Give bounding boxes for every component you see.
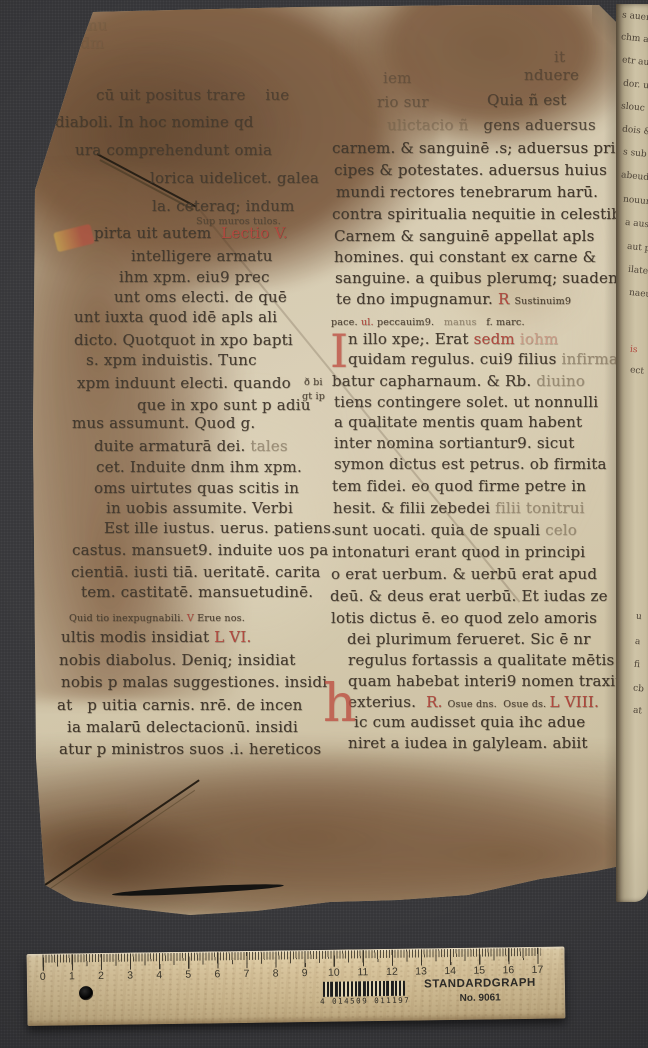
text-run: exterius. — [348, 693, 426, 711]
text-run: sedm — [474, 330, 520, 348]
text-run: dm — [80, 34, 104, 52]
text-line-left: diaboli. In hoc nomine qd — [55, 113, 254, 131]
text-run: V — [187, 613, 197, 624]
text-line-right: n illo xpe;. Erat sedm iohm — [348, 330, 558, 348]
text-line-right: it — [554, 48, 565, 66]
gloss-line: gt ip — [302, 385, 325, 406]
text-line-right: regulus fortassis a qualitate mētis — [348, 651, 614, 669]
text-run: castus. mansuet9. induite uos pa — [72, 541, 328, 559]
fore-edge-fragment: s sub u — [623, 147, 648, 160]
text-run: o erat uerbum. & uerbū erat apud — [331, 565, 597, 583]
text-line-right: exterius. R. Osue dns. Osue ds. L VIII. — [348, 693, 599, 714]
text-line-right: cipes & potestates. aduersus huius — [334, 161, 607, 179]
text-line-right: intonaturi erant quod in principi — [332, 543, 585, 561]
text-line-left: cū uit positus trare iue — [96, 86, 289, 104]
text-run: rio sur — [377, 93, 429, 111]
ruler-brand-label: STANDARDGRAPH — [415, 977, 545, 991]
text-run: infirma — [561, 350, 618, 368]
text-line-right: iem — [383, 69, 412, 87]
text-run: intonaturi erant quod in principi — [332, 543, 585, 561]
text-line-right: o erat uerbum. & uerbū erat apud — [331, 565, 597, 583]
text-line-right: carnem. & sanguinē .s; aduersus prin — [332, 139, 625, 157]
text-run: symon dictus est petrus. ob firmita — [334, 455, 607, 473]
fore-edge-fragment: ect — [630, 365, 645, 376]
fore-edge-fragment: abeudū — [621, 170, 648, 183]
text-run: s. xpm induistis. Tunc — [86, 351, 257, 369]
manuscript-text: mudmcū uit positus trare iuediaboli. In … — [0, 0, 648, 1048]
text-run: Osue ds. — [503, 699, 549, 710]
ruler: 01234567891011121314151617 4 014509 0111… — [26, 946, 565, 1026]
text-run: tem fidei. eo quod firme petre in — [332, 477, 586, 495]
ruler-number-10: 10 — [328, 967, 340, 979]
text-run: lorica uidelicet. galea — [150, 169, 319, 187]
ruler-number-14: 14 — [444, 965, 456, 977]
text-run: R. — [426, 693, 447, 711]
ruler-number-4: 4 — [156, 969, 162, 981]
text-run: iohm — [520, 330, 559, 348]
text-line-left: in uobis assumite. Verbi — [106, 499, 293, 517]
text-run: mu — [83, 16, 107, 34]
text-run: nduere — [524, 66, 579, 84]
text-line-right: homines. qui constant ex carne & — [334, 248, 596, 266]
text-run: ulictacio ñ — [387, 116, 483, 134]
barcode — [323, 981, 405, 997]
fore-edge-fragment: naeu — [629, 288, 648, 300]
text-run: batur capharnaum. & Rb. — [332, 372, 536, 390]
text-run: tem. castitatē. mansuetudinē. — [81, 583, 313, 601]
text-run: lotis dictus ē. eo quod zelo amoris — [331, 609, 597, 627]
text-line-left: unt oms electi. de quē — [114, 288, 287, 306]
text-line-left: pirta uit autem Lectio V. — [94, 224, 288, 242]
fore-edge-fragment: fi — [633, 660, 640, 671]
text-run: dicto. Quotquot in xpo bapti — [74, 331, 293, 349]
text-run: mundi rectores tenebrarum harū. — [336, 183, 598, 201]
text-line-left: ura comprehendunt omia — [75, 141, 272, 159]
text-line-right: quidam regulus. cui9 filius infirma — [348, 350, 618, 368]
text-run: quam habebat interi9 nomen traxit — [348, 672, 622, 690]
ruler-number-12: 12 — [386, 966, 398, 978]
text-line-left: nobis diabolus. Deniq; insidiat — [59, 651, 296, 669]
fore-edge-fragment: aut p — [627, 242, 648, 254]
text-line-left: atur p ministros suos .i. hereticos — [59, 740, 321, 758]
text-line-right: dei plurimum ferueret. Sic ē nr — [347, 630, 591, 648]
text-line-left: mus assumunt. Quod g. — [72, 414, 255, 432]
text-run: in uobis assumite. Verbi — [106, 499, 293, 517]
text-run: te dno impugnamur. — [336, 290, 498, 308]
text-run: diaboli. In hoc nomine qd — [55, 113, 254, 131]
text-run: L VI. — [214, 628, 251, 646]
text-line-right: mundi rectores tenebrarum harū. — [336, 183, 598, 201]
text-run: cet. Induite dnm ihm xpm. — [96, 458, 302, 476]
text-line-right: ulictacio ñ gens aduersus — [387, 116, 596, 134]
text-run: oms uirtutes quas scitis in — [94, 479, 299, 497]
text-run: n illo xpe;. Erat — [348, 330, 474, 348]
text-line-left: que in xpo sunt p adiu — [137, 396, 311, 414]
text-run: carnem. & sanguinē .s; aduersus prin — [332, 139, 625, 157]
text-run: R — [498, 290, 514, 308]
text-line-right: deū. & deus erat uerbū. Et iudas ze — [330, 587, 608, 605]
text-run: at p uitia carnis. nrē. de incen — [57, 696, 303, 714]
text-line-right: niret a iudea in galyleam. abiit — [348, 734, 588, 752]
ruler-number-9: 9 — [302, 967, 308, 979]
fore-edge-fragment: etr aua — [622, 55, 648, 68]
text-run: nobis diabolus. Deniq; insidiat — [59, 651, 296, 669]
text-run: celo — [545, 521, 577, 539]
text-run: unt oms electi. de quē — [114, 288, 287, 306]
text-run: a qualitate mentis quam habent — [334, 413, 582, 431]
text-line-left: nobis p malas suggestiones. insidi — [61, 673, 327, 691]
rubric-initial-h: h — [323, 678, 357, 730]
centimeter-ticks — [43, 948, 541, 971]
text-run: ihm xpm. eiu9 prec — [119, 268, 270, 286]
ruler-number-3: 3 — [127, 970, 133, 982]
ruler-number-5: 5 — [185, 969, 191, 981]
text-line-left: s. xpm induistis. Tunc — [86, 351, 257, 369]
text-line-right: tem fidei. eo quod firme petre in — [332, 477, 586, 495]
text-line-left: lorica uidelicet. galea — [150, 169, 319, 187]
fore-edge-fragment: s auert — [622, 10, 648, 23]
ruler-number-1: 1 — [69, 970, 75, 982]
text-run: peccauim9. — [377, 317, 437, 328]
text-run: f. marc. — [486, 317, 524, 328]
text-run: dei plurimum ferueret. Sic ē nr — [347, 630, 591, 648]
barcode-digits: 4 014509 011197 — [315, 996, 415, 1006]
fore-edge-fragment: nouun — [623, 195, 648, 208]
text-run: pirta uit autem — [94, 224, 221, 242]
fore-edge-fragment: at — [633, 706, 643, 717]
text-line-left: mu — [83, 16, 107, 34]
text-run: cū uit positus trare iue — [96, 86, 289, 104]
text-run: L VIII. — [550, 693, 600, 711]
fore-edge-fragment: dois & — [622, 124, 648, 137]
text-line-left: dm — [80, 34, 104, 52]
text-run: tales — [250, 437, 287, 455]
ruler-number-6: 6 — [214, 968, 220, 980]
text-line-right: pace. ul. peccauim9. manus f. marc. — [331, 311, 525, 332]
text-run: niret a iudea in galyleam. abiit — [348, 734, 588, 752]
text-run: Est ille iustus. uerus. patiens. — [104, 519, 336, 537]
text-line-left: at p uitia carnis. nrē. de incen — [57, 696, 303, 714]
text-run: iem — [383, 69, 412, 87]
ruler-number-16: 16 — [502, 964, 514, 976]
text-run: Osue dns. — [448, 699, 504, 710]
text-run: filii tonitrui — [495, 499, 584, 517]
text-line-right: a qualitate mentis quam habent — [334, 413, 582, 431]
text-run: ultis modis insidiat — [61, 628, 214, 646]
text-run: ic cum audisset quia ihc adue — [354, 713, 585, 731]
text-line-right: ic cum audisset quia ihc adue — [354, 713, 585, 731]
ruler-number-8: 8 — [273, 967, 279, 979]
ruler-hole — [79, 986, 93, 1000]
text-run: contra spiritualia nequitie in celestib; — [332, 205, 626, 223]
text-run: nobis p malas suggestiones. insidi — [61, 673, 327, 691]
text-line-left: castus. mansuet9. induite uos pa — [72, 541, 328, 559]
fore-edge-fragment: ilatet — [628, 265, 648, 277]
text-line-left: ultis modis insidiat L VI. — [61, 628, 251, 646]
text-run: sunt uocati. quia de spuali — [334, 521, 545, 539]
text-line-right: hesit. & filii zebedei filii tonitrui — [333, 499, 585, 517]
text-run: Carnem & sanguinē appellat apls — [334, 227, 595, 245]
text-line-right: sanguine. a quibus plerumq; suaden — [335, 269, 618, 287]
text-run: diuino — [536, 372, 585, 390]
text-run: Sustinuim9 — [514, 296, 571, 307]
text-line-right: batur capharnaum. & Rb. diuino — [332, 372, 585, 390]
ruler-number-15: 15 — [473, 965, 485, 977]
text-line-right: Carnem & sanguinē appellat apls — [334, 227, 595, 245]
text-run: manus — [437, 317, 486, 328]
text-run: ura comprehendunt omia — [75, 141, 272, 159]
fore-edge-fragment: u — [635, 612, 642, 623]
text-run: atur p ministros suos .i. hereticos — [59, 740, 321, 758]
text-run: hesit. & filii zebedei — [333, 499, 495, 517]
text-run: Quia ñ est — [487, 91, 567, 109]
rubric-initial-I: I — [330, 328, 348, 374]
text-run: ia malarū delectacionū. insidi — [67, 718, 298, 736]
ruler-number-2: 2 — [98, 970, 104, 982]
ruler-model-label: No. 9061 — [415, 992, 545, 1005]
manuscript-photo: mudmcū uit positus trare iuediaboli. In … — [0, 0, 648, 1048]
ruler-number-13: 13 — [415, 965, 427, 977]
fore-edge-fragment: cb — [633, 683, 645, 694]
text-line-right: Quia ñ est — [487, 91, 567, 109]
text-run: ul. — [361, 317, 377, 328]
text-line-left: tem. castitatē. mansuetudinē. — [81, 583, 313, 601]
text-line-left: intelligere armatu — [131, 247, 273, 265]
text-run: mus assumunt. Quod g. — [72, 414, 255, 432]
text-line-right: quam habebat interi9 nomen traxit — [348, 672, 622, 690]
text-line-right: inter nomina sortiantur9. sicut — [334, 434, 574, 452]
text-run: Quid tio inexpugnabili. — [69, 613, 187, 624]
text-line-left: xpm induunt electi. quando — [77, 374, 291, 392]
fore-edge-fragment: a — [634, 637, 640, 648]
ruler-number-0: 0 — [40, 971, 46, 983]
text-run: homines. qui constant ex carne & — [334, 248, 596, 266]
text-run: unt iuxta quod idē apls ali — [74, 308, 277, 326]
text-line-right: sunt uocati. quia de spuali celo — [334, 521, 577, 539]
fore-edge-fragment: a aus — [625, 218, 648, 230]
text-run: deū. & deus erat uerbū. Et iudas ze — [330, 587, 608, 605]
text-line-right: nduere — [524, 66, 579, 84]
text-line-right: symon dictus est petrus. ob firmita — [334, 455, 607, 473]
ruler-number-7: 7 — [243, 968, 249, 980]
text-run: quidam regulus. cui9 filius — [348, 350, 561, 368]
text-run: inter nomina sortiantur9. sicut — [334, 434, 574, 452]
text-line-left: cet. Induite dnm ihm xpm. — [96, 458, 302, 476]
text-run: gens aduersus — [483, 116, 596, 134]
text-line-left: dicto. Quotquot in xpo bapti — [74, 331, 293, 349]
text-line-left: ihm xpm. eiu9 prec — [119, 268, 270, 286]
text-line-left: Quid tio inexpugnabili. V Erue nos. — [69, 607, 245, 628]
fore-edge-fragment: dor. u — [623, 79, 648, 92]
text-run: gt ip — [302, 391, 325, 402]
text-line-left: ia malarū delectacionū. insidi — [67, 718, 298, 736]
text-line-right: rio sur — [377, 93, 429, 111]
text-run: tiens contingere solet. ut nonnulli — [334, 393, 598, 411]
text-line-left: oms uirtutes quas scitis in — [94, 479, 299, 497]
text-run: Lectio V. — [221, 224, 288, 242]
text-run: it — [554, 48, 565, 66]
text-line-left: duite armaturā dei. tales — [94, 437, 288, 455]
fore-edge-fragment: slouc e — [621, 101, 648, 114]
text-run: sanguine. a quibus plerumq; suaden — [335, 269, 618, 287]
text-line-right: te dno impugnamur. R Sustinuim9 — [336, 290, 571, 311]
text-run: regulus fortassis a qualitate mētis — [348, 651, 614, 669]
text-run: cientiā. iusti tiā. ueritatē. carita — [71, 563, 321, 581]
text-run: duite armaturā dei. — [94, 437, 250, 455]
text-line-left: Est ille iustus. uerus. patiens. — [104, 519, 336, 537]
text-run: cipes & potestates. aduersus huius — [334, 161, 607, 179]
parchment-page: mudmcū uit positus trare iuediaboli. In … — [0, 0, 648, 1048]
fore-edge-fragment: chm au — [621, 32, 648, 45]
text-line-right: tiens contingere solet. ut nonnulli — [334, 393, 598, 411]
text-line-right: lotis dictus ē. eo quod zelo amoris — [331, 609, 597, 627]
fore-edge-pages: s auertchm auetr auador. uslouc edois &s… — [616, 4, 648, 902]
fore-edge-fragment: is — [629, 345, 638, 356]
ruler-ticks — [43, 948, 541, 955]
text-run: intelligere armatu — [131, 247, 273, 265]
text-run: xpm induunt electi. quando — [77, 374, 291, 392]
text-line-right: contra spiritualia nequitie in celestib; — [332, 205, 626, 223]
text-line-left: cientiā. iusti tiā. ueritatē. carita — [71, 563, 321, 581]
text-line-left: unt iuxta quod idē apls ali — [74, 308, 277, 326]
text-run: que in xpo sunt p adiu — [137, 396, 311, 414]
ruler-number-11: 11 — [357, 966, 368, 978]
ruler-number-17: 17 — [532, 964, 544, 976]
text-run: Erue nos. — [197, 613, 245, 624]
